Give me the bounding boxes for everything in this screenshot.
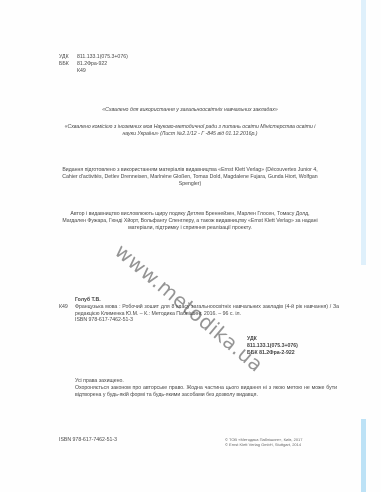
thanks-note: Автор і видавництво висловлюють щиру под… — [60, 211, 320, 231]
copyright-block: © ТОВ «Методика Паблішинг», Київ, 2017 ©… — [225, 437, 303, 447]
bib-author: Голуб Т.В. — [75, 297, 339, 304]
rights-notice: Охороняється законом про авторське право… — [75, 385, 337, 399]
catalog-block: УДК 811.133.1(075.3+076) ББК 81.2Фра-922… — [59, 54, 128, 74]
document-page: УДК 811.133.1(075.3+076) ББК 81.2Фра-922… — [0, 0, 381, 492]
edge-strip-bottom — [361, 419, 366, 492]
copyright-line-2: © Ernst Klett Verlag GmbH, Stuttgart, 20… — [225, 442, 303, 447]
bib-code: К49 — [59, 304, 75, 324]
prepared-note: Видання підготовлено з використанням мат… — [60, 167, 320, 187]
approval-line-1: «Схвалено для використання у загальноосв… — [60, 107, 320, 114]
udk-value: 811.133.1(075.3+076) — [77, 54, 128, 61]
rights-block: Усі права захищено. Охороняється законом… — [75, 378, 337, 398]
edge-strip-top — [361, 0, 366, 265]
rights-reserved: Усі права захищено. — [75, 378, 337, 385]
author-mark: К49 — [77, 68, 86, 75]
approval-line-2: «Схвалено комісією з іноземних мов Науко… — [60, 124, 320, 138]
bib-isbn: ISBN 978-617-7462-51-3 — [75, 317, 133, 323]
bbk-value: 81.2Фра-922 — [77, 61, 107, 68]
udk-right-label: УДК — [247, 336, 298, 343]
bbk-label: ББК — [59, 61, 77, 68]
udk-label: УДК — [59, 54, 77, 61]
footer-isbn: ISBN 978-617-7462-51-3 — [59, 437, 117, 444]
